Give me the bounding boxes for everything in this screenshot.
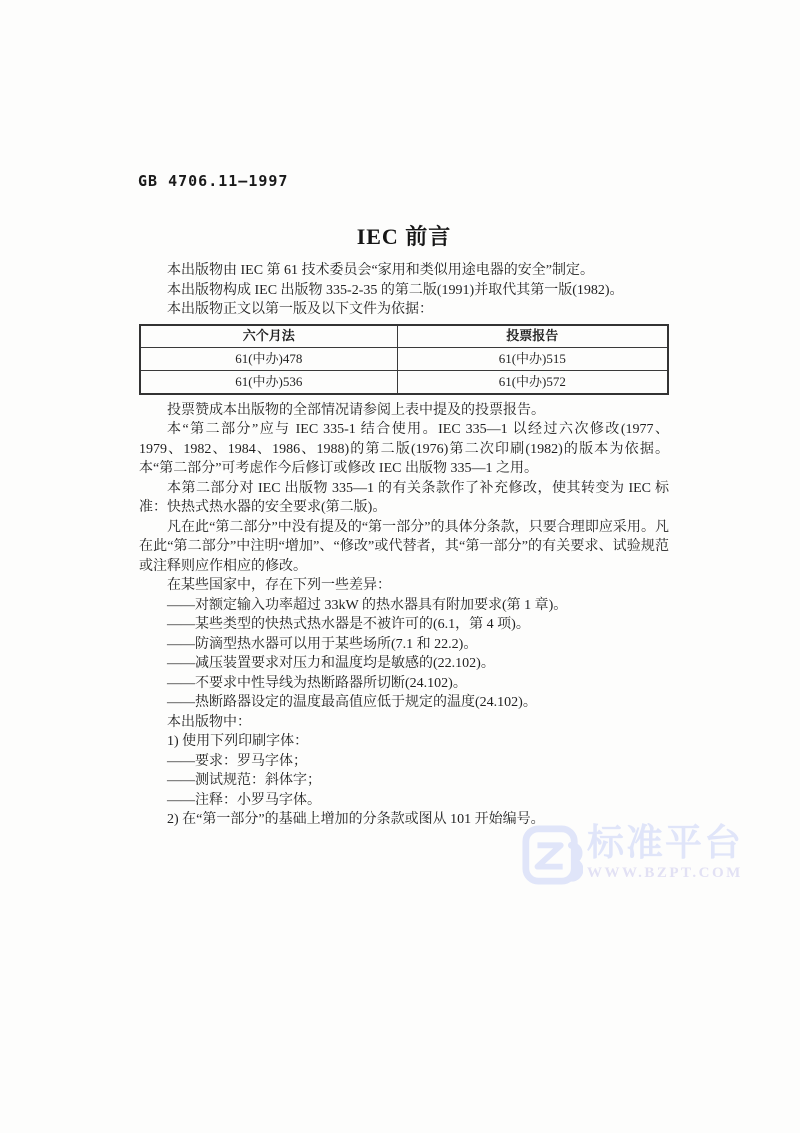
page-title: IEC 前言 <box>0 220 800 251</box>
table-cell: 61(中办)572 <box>397 370 668 394</box>
typeface-item: ——要求：罗马字体； <box>139 752 669 772</box>
typeface-item: ——注释：小罗马字体。 <box>139 791 669 811</box>
difference-item: ——对额定输入功率超过 33kW 的热水器具有附加要求(第 1 章)。 <box>139 596 669 616</box>
difference-item: ——防滴型热水器可以用于某些场所(7.1 和 22.2)。 <box>139 635 669 655</box>
typeface-item: ——测试规范：斜体字； <box>139 771 669 791</box>
watermark-text: 标准平台 WWW.BZPT.COM <box>587 824 743 882</box>
ballot-report-table: 六个月法 投票报告 61(中办)478 61(中办)515 61(中办)536 … <box>139 324 669 395</box>
table-header-cell: 六个月法 <box>140 325 397 348</box>
paragraph-part1-applicability: 凡在此“第二部分”中没有提及的“第一部分”的具体分条款，只要合理即应采用。凡在此… <box>139 518 669 577</box>
difference-item: ——不要求中性导线为热断路器所切断(24.102)。 <box>139 674 669 694</box>
paragraph-part2-usage: 本“第二部分”应与 IEC 335-1 结合使用。IEC 335—1 以经过六次… <box>139 420 669 479</box>
paragraph-intro-1: 本出版物由 IEC 第 61 技术委员会“家用和类似用途电器的安全”制定。 <box>139 261 669 281</box>
table-cell: 61(中办)536 <box>140 370 397 394</box>
table-row: 61(中办)478 61(中办)515 <box>140 347 668 370</box>
paragraph-intro-3: 本出版物正文以第一版及以下文件为依据： <box>139 300 669 320</box>
document-body: 本出版物由 IEC 第 61 技术委员会“家用和类似用途电器的安全”制定。 本出… <box>139 261 669 830</box>
table-row: 61(中办)536 61(中办)572 <box>140 370 668 394</box>
paragraph-country-differences-intro: 在某些国家中，存在下列一些差异： <box>139 576 669 596</box>
watermark: 标准平台 WWW.BZPT.COM <box>521 824 743 886</box>
document-page: GB 4706.11—1997 IEC 前言 本出版物由 IEC 第 61 技术… <box>0 0 800 1133</box>
paragraph-ballot-note: 投票赞成本出版物的全部情况请参阅上表中提及的投票报告。 <box>139 401 669 421</box>
difference-item: ——某些类型的快热式热水器是不被许可的(6.1，第 4 项)。 <box>139 615 669 635</box>
table-header-cell: 投票报告 <box>397 325 668 348</box>
bzpt-logo-icon <box>521 824 583 886</box>
watermark-url: WWW.BZPT.COM <box>587 865 743 882</box>
doc-number: GB 4706.11—1997 <box>138 172 288 190</box>
paragraph-intro-2: 本出版物构成 IEC 出版物 335-2-35 的第二版(1991)并取代其第一… <box>139 281 669 301</box>
table-cell: 61(中办)478 <box>140 347 397 370</box>
table-cell: 61(中办)515 <box>397 347 668 370</box>
paragraph-typefaces-intro: 1) 使用下列印刷字体： <box>139 732 669 752</box>
paragraph-publication-notes-intro: 本出版物中： <box>139 713 669 733</box>
table-header-row: 六个月法 投票报告 <box>140 325 668 348</box>
difference-item: ——减压装置要求对压力和温度均是敏感的(22.102)。 <box>139 654 669 674</box>
watermark-name: 标准平台 <box>587 824 743 864</box>
paragraph-part2-amendment: 本第二部分对 IEC 出版物 335—1 的有关条款作了补充修改，使其转变为 I… <box>139 479 669 518</box>
difference-item: ——热断路器设定的温度最高值应低于规定的温度(24.102)。 <box>139 693 669 713</box>
paragraph-numbering-note: 2) 在“第一部分”的基础上增加的分条款或图从 101 开始编号。 <box>139 810 669 830</box>
